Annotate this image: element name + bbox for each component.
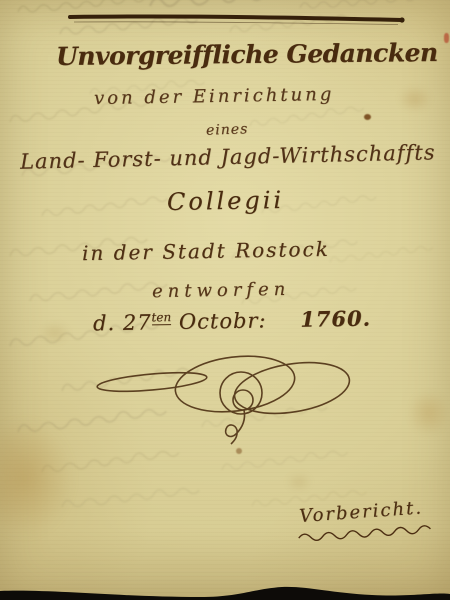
date-year: 1760. (300, 306, 371, 332)
subtitle-collegii: Collegii (167, 186, 285, 216)
subtitle-einrichtung: von der Einrichtung (94, 84, 335, 109)
manuscript-page: Unvorgreiffliche Gedancken von der Einri… (0, 0, 450, 600)
stain-bottom-left (0, 418, 74, 538)
stain-foxing-lower (286, 472, 312, 492)
stain-ink-dot (364, 114, 371, 120)
flourish (97, 350, 354, 444)
footer-note: Vorbericht. (299, 497, 424, 527)
location-line: in der Stadt Rostock (82, 237, 330, 265)
stain-red-edge-mark (444, 33, 449, 43)
title-line: Unvorgreiffliche Gedancken (56, 38, 438, 71)
stain-foxing-left (40, 322, 70, 344)
date-ordinal: ten (151, 310, 171, 325)
subtitle-eines: eines (206, 121, 249, 138)
scan-edge-shadow (0, 587, 450, 600)
subtitle-departments: Land- Forst- und Jagd-Wirthschaffts (20, 140, 436, 173)
date-prefix: d. (93, 311, 116, 335)
date-line: d. 27ten Octobr: 1760. (93, 306, 371, 336)
top-rule (70, 17, 405, 25)
date-month: Octobr: (179, 308, 267, 334)
drafted-line: entworfen (152, 279, 291, 302)
stain-flourish-dot (236, 448, 242, 454)
stain-foxing-upper-right (398, 86, 432, 112)
stain-foxing-right (408, 390, 450, 436)
date-day: 27 (123, 310, 152, 334)
